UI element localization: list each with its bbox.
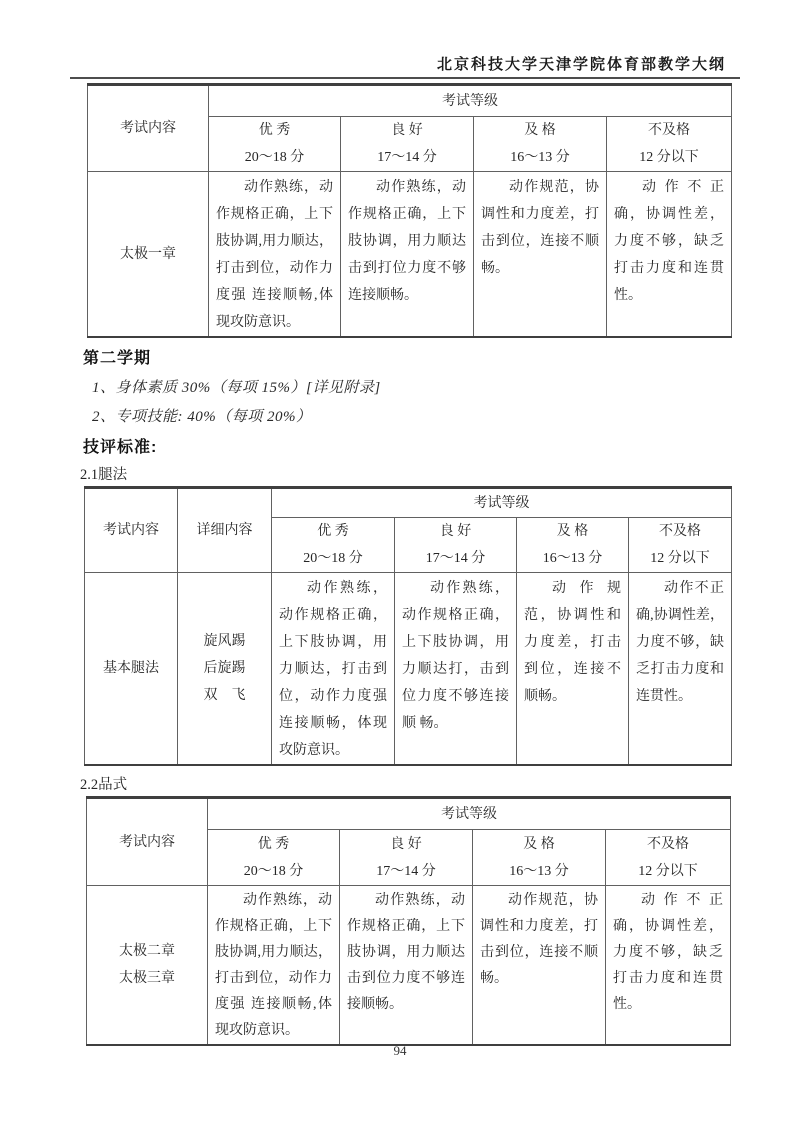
table3-grade-fail-cell: 不及格 12 分以下 <box>606 830 731 886</box>
subsection-label-forms: 2.2品式 <box>80 773 800 794</box>
grade-pass-score: 16～13 分 <box>522 545 623 572</box>
table2-detail-content-header-cell: 详细内容 <box>178 488 272 573</box>
subsection-label-legs: 2.1腿法 <box>80 463 800 484</box>
table1-grade-excellent-cell: 优 秀 20～18 分 <box>209 117 341 172</box>
table3-row-label-cell: 太极二章 太极三章 <box>87 886 208 1046</box>
table1-grade-good-cell: 良 好 17～14 分 <box>341 117 474 172</box>
row-label-line-2: 太极三章 <box>92 965 202 992</box>
detail-line-2: 后旋踢 <box>183 655 266 682</box>
table2-fail-desc-cell: 动作不正确,协调性差，力度不够，缺乏打击力度和连贯性。 <box>629 573 732 766</box>
table1-fail-desc-cell: 动作不正确，协调性差，力度不够，缺乏打击力度和连贯性。 <box>607 172 732 338</box>
leg-technique-table: 考试内容 详细内容 考试等级 优 秀 20～18 分 良 好 17～14 分 及… <box>84 486 732 766</box>
table3-exam-grade-header-cell: 考试等级 <box>208 798 731 830</box>
table1-body-row: 太极一章 动作熟练，动作规格正确，上下肢协调,用力顺达，打击到位，动作力度强 连… <box>88 172 732 338</box>
table2-header-row: 考试内容 详细内容 考试等级 <box>85 488 732 518</box>
document-page: 北京科技大学天津学院体育部教学大纲 考试内容 考试等级 优 秀 20～18 分 … <box>0 0 800 1131</box>
table1-exam-grade-header-cell: 考试等级 <box>209 85 732 117</box>
grade-fail-score: 12 分以下 <box>612 144 726 171</box>
table3-grade-good-cell: 良 好 17～14 分 <box>340 830 473 886</box>
list-item-physical-quality: 1、身体素质 30%（每项 15%）[详见附录] <box>92 376 800 397</box>
table1-good-desc-cell: 动作熟练，动作规格正确，上下肢协调，用力顺达击到打位力度不够连接顺畅。 <box>341 172 474 338</box>
grade-pass-score: 16～13 分 <box>478 858 600 885</box>
list-item-special-skill: 2、专项技能: 40%（每项 20%） <box>92 405 800 426</box>
table2-grade-good-cell: 良 好 17～14 分 <box>395 518 517 573</box>
table2-grade-pass-cell: 及 格 16～13 分 <box>517 518 629 573</box>
table2-good-desc-cell: 动作熟练，动作规格正确，上下肢协调，用力顺达打，击到位力度不够连接顺 畅。 <box>395 573 517 766</box>
grade-good-label: 良 好 <box>400 518 511 545</box>
grade-fail-score: 12 分以下 <box>634 545 726 572</box>
grade-excellent-label: 优 秀 <box>214 117 335 144</box>
grade-good-label: 良 好 <box>345 831 467 858</box>
row-label-line-1: 太极二章 <box>92 938 202 965</box>
table3-grade-pass-cell: 及 格 16～13 分 <box>473 830 606 886</box>
grade-excellent-score: 20～18 分 <box>213 858 334 885</box>
detail-line-1: 旋风踢 <box>183 628 266 655</box>
grade-pass-score: 16～13 分 <box>479 144 601 171</box>
table1-excellent-desc-cell: 动作熟练，动作规格正确，上下肢协调,用力顺达，打击到位，动作力度强 连接顺畅,体… <box>209 172 341 338</box>
grade-good-score: 17～14 分 <box>346 144 468 171</box>
grade-pass-label: 及 格 <box>478 831 600 858</box>
table2-pass-desc-cell: 动作规范，协调性和力度差，打击到位，连接不顺畅。 <box>517 573 629 766</box>
grade-pass-label: 及 格 <box>522 518 623 545</box>
taiji-chapter1-table: 考试内容 考试等级 优 秀 20～18 分 良 好 17～14 分 及 格 16… <box>87 83 732 338</box>
table1-row-label-cell: 太极一章 <box>88 172 209 338</box>
detail-line-3: 双 飞 <box>183 682 266 709</box>
table2-detail-cell: 旋风踢 后旋踢 双 飞 <box>178 573 272 766</box>
table2-exam-grade-header-cell: 考试等级 <box>272 488 732 518</box>
table2-body-row: 基本腿法 旋风踢 后旋踢 双 飞 动作熟练，动作规格正确，上下肢协调，用力顺达，… <box>85 573 732 766</box>
table2-row-label-cell: 基本腿法 <box>85 573 178 766</box>
table3-header-row: 考试内容 考试等级 <box>87 798 731 830</box>
page-header: 北京科技大学天津学院体育部教学大纲 <box>70 0 740 79</box>
table3-excellent-desc-cell: 动作熟练，动作规格正确，上下肢协调,用力顺达，打击到位，动作力度强 连接顺畅,体… <box>208 886 340 1046</box>
page-number: 94 <box>394 1043 407 1058</box>
table2-grade-fail-cell: 不及格 12 分以下 <box>629 518 732 573</box>
semester-heading: 第二学期 <box>83 345 800 368</box>
grade-excellent-label: 优 秀 <box>277 518 389 545</box>
grade-good-score: 17～14 分 <box>345 858 467 885</box>
table1-header-row: 考试内容 考试等级 <box>88 85 732 117</box>
page-footer: 94 <box>0 1043 800 1059</box>
table3-exam-content-header-cell: 考试内容 <box>87 798 208 886</box>
table1-pass-desc-cell: 动作规范，协调性和力度差，打击到位，连接不顺畅。 <box>474 172 607 338</box>
grade-fail-score: 12 分以下 <box>611 858 725 885</box>
taolu-form-table: 考试内容 考试等级 优 秀 20～18 分 良 好 17～14 分 及 格 16… <box>86 796 731 1046</box>
grade-pass-label: 及 格 <box>479 117 601 144</box>
header-title: 北京科技大学天津学院体育部教学大纲 <box>437 56 740 73</box>
grade-fail-label: 不及格 <box>634 518 726 545</box>
grade-good-score: 17～14 分 <box>400 545 511 572</box>
table3-pass-desc-cell: 动作规范，协调性和力度差，打击到位，连接不顺畅。 <box>473 886 606 1046</box>
criteria-heading: 技评标准: <box>83 434 800 457</box>
grade-excellent-score: 20～18 分 <box>277 545 389 572</box>
table3-body-row: 太极二章 太极三章 动作熟练，动作规格正确，上下肢协调,用力顺达，打击到位，动作… <box>87 886 731 1046</box>
table2-exam-content-header-cell: 考试内容 <box>85 488 178 573</box>
grade-excellent-score: 20～18 分 <box>214 144 335 171</box>
table3-good-desc-cell: 动作熟练，动作规格正确，上下肢协调，用力顺达击到位力度不够连接顺畅。 <box>340 886 473 1046</box>
table1-grade-pass-cell: 及 格 16～13 分 <box>474 117 607 172</box>
grade-fail-label: 不及格 <box>612 117 726 144</box>
table3-fail-desc-cell: 动作不正确，协调性差，力度不够，缺乏打击力度和连贯性。 <box>606 886 731 1046</box>
grade-fail-label: 不及格 <box>611 831 725 858</box>
table1-grade-fail-cell: 不及格 12 分以下 <box>607 117 732 172</box>
grade-good-label: 良 好 <box>346 117 468 144</box>
table1-exam-content-header-cell: 考试内容 <box>88 85 209 172</box>
table3-grade-excellent-cell: 优 秀 20～18 分 <box>208 830 340 886</box>
table2-grade-excellent-cell: 优 秀 20～18 分 <box>272 518 395 573</box>
table2-excellent-desc-cell: 动作熟练，动作规格正确，上下肢协调，用力顺达，打击到位，动作力度强连接顺畅，体现… <box>272 573 395 766</box>
grade-excellent-label: 优 秀 <box>213 831 334 858</box>
